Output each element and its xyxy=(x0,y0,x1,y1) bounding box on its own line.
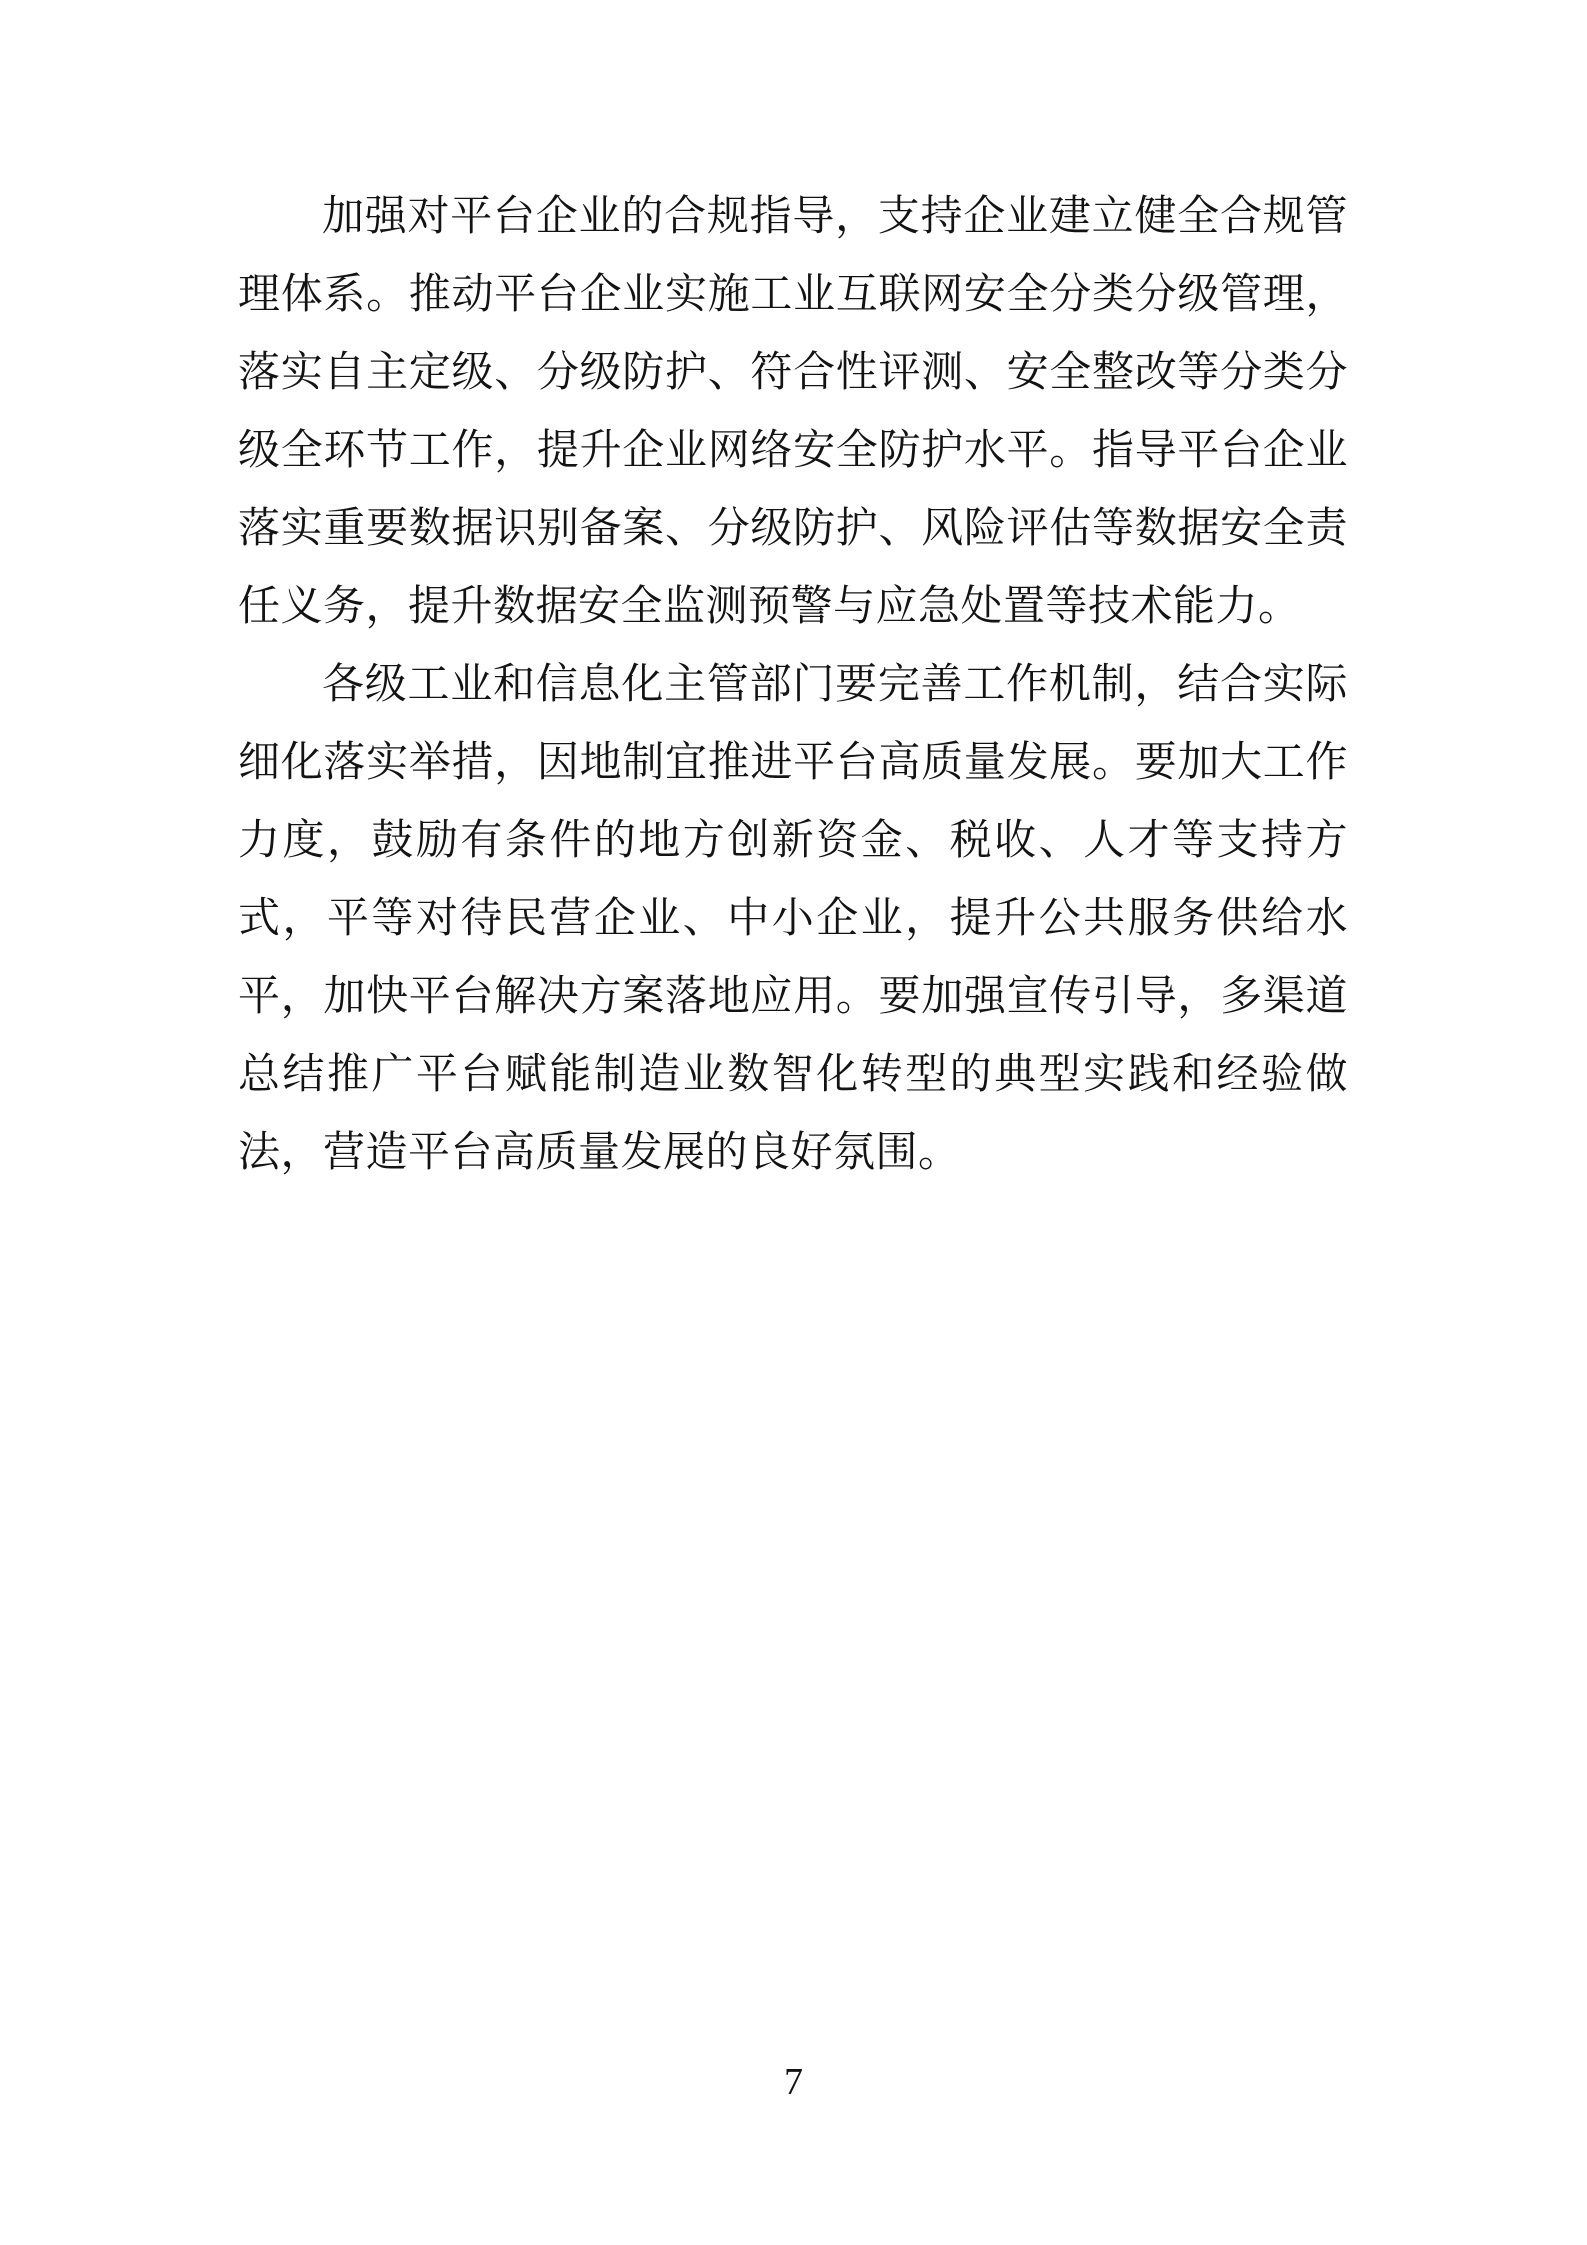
paragraph-compliance-guidance: 加强对平台企业的合规指导，支持企业建立健全合规管理体系。推动平台企业实施工业互联… xyxy=(238,178,1348,646)
page-footer: 7 xyxy=(0,2058,1587,2106)
document-page: 加强对平台企业的合规指导，支持企业建立健全合规管理体系。推动平台企业实施工业互联… xyxy=(0,0,1587,2245)
paragraph-work-mechanism: 各级工业和信息化主管部门要完善工作机制，结合实际细化落实举措，因地制宜推进平台高… xyxy=(238,646,1348,1192)
page-number: 7 xyxy=(784,2061,803,2103)
body-text-block: 加强对平台企业的合规指导，支持企业建立健全合规管理体系。推动平台企业实施工业互联… xyxy=(238,178,1348,1192)
